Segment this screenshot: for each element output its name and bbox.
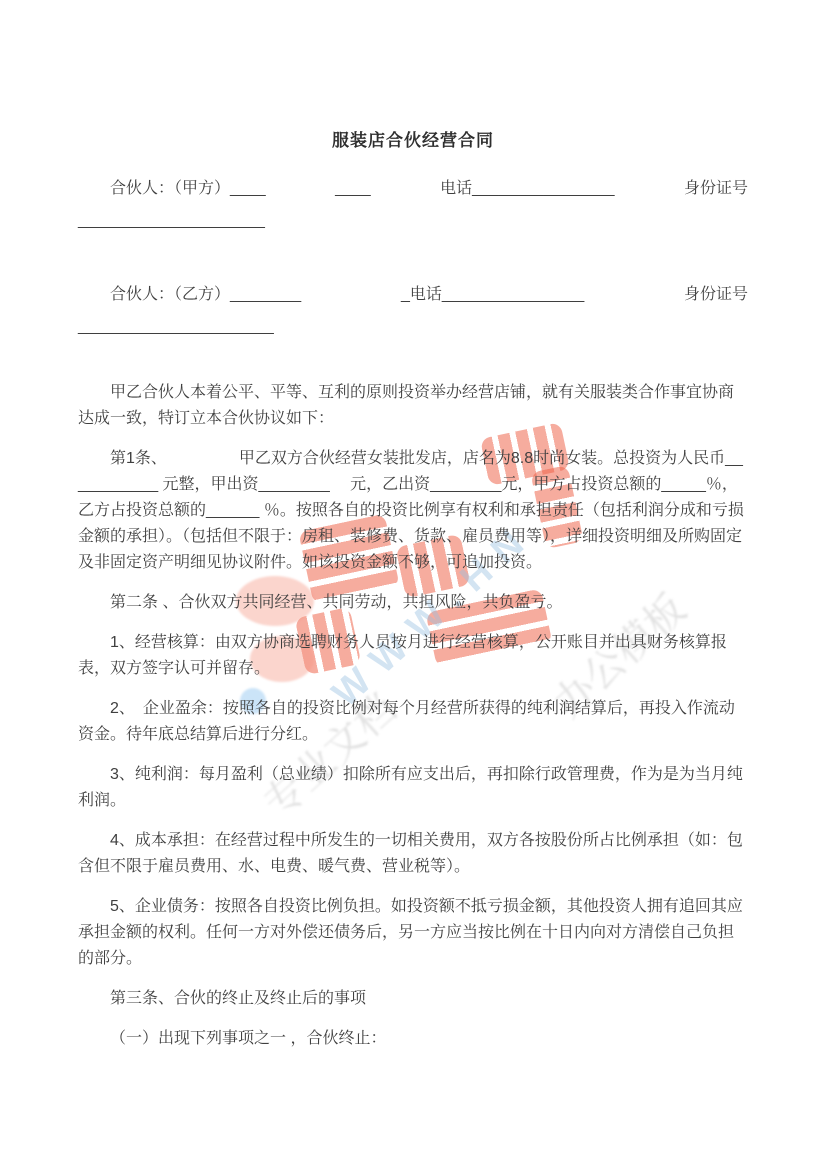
paragraph: 第二条 、合伙双方共同经营、共同劳动，共担风险，共负盈亏。 (78, 590, 748, 616)
paragraph: 4、成本承担：在经营过程中所发生的一切相关费用，双方各按股份所占比例承担（如：包… (78, 828, 748, 880)
paragraph: （一）出现下列事项之一 ，合伙终止： (78, 1026, 748, 1052)
fill-in-blank: ________________ (472, 180, 614, 197)
party-a-label: 合伙人：（甲方）____ (110, 176, 266, 202)
paragraph: 5、企业债务：按照各自投资比例负担。如投资额不抵亏损金额，其他投资人拥有追回其应… (78, 894, 748, 972)
document-title: 服装店合伙经营合同 (78, 128, 748, 154)
party-b-id-label: 身份证号 (684, 282, 748, 308)
fill-in-blank: ________________ (442, 286, 584, 303)
fill-in-blank: ____ (230, 180, 266, 197)
paragraph: 1、经营核算：由双方协商选聘财务人员按月进行经营核算，公开账目并出具财务核算报表… (78, 630, 748, 682)
party-a-line: 合伙人：（甲方）____ ____ 电话________________ 身份证… (78, 176, 748, 202)
document-body: 服装店合伙经营合同 合伙人：（甲方）____ ____ 电话__________… (0, 0, 827, 1169)
party-b-phone: _电话________________ (401, 282, 584, 308)
contract-document: WWW.HN 办公模板 专业文档 服装店合伙经营合同 合伙人：（甲方）____ … (0, 0, 827, 1169)
paragraph: 3、纯利润：每月盈利（总业绩）扣除所有应支出后，再扣除行政管理费，作为是为当月纯… (78, 762, 748, 814)
paragraph: 2、 企业盈余：按照各自的投资比例对每个月经营所获得的纯利润结算后，再投入作流动… (78, 696, 748, 748)
party-a-id-blank: _____________________ (78, 208, 748, 234)
fill-in-blank: ________ (230, 286, 301, 303)
party-a-id-label: 身份证号 (684, 176, 748, 202)
party-b-line: 合伙人：（乙方）________ _电话________________ 身份证… (78, 282, 748, 308)
contract-clauses: 甲乙合伙人本着公平、平等、互利的原则投资举办经营店铺，就有关服装类合作事宜协商达… (78, 380, 748, 1052)
paragraph: 第1条、 甲乙双方合伙经营女装批发店，店名为8.8时尚女装。总投资为人民币___… (78, 446, 748, 576)
phone-label: _电话 (401, 286, 442, 303)
party-b-label: 合伙人：（乙方）________ (110, 282, 301, 308)
paragraph: 甲乙合伙人本着公平、平等、互利的原则投资举办经营店铺，就有关服装类合作事宜协商达… (78, 380, 748, 432)
paragraph: 第三条、合伙的终止及终止后的事项 (78, 986, 748, 1012)
party-a-phone: 电话________________ (440, 176, 614, 202)
fill-in-blank: ____ (335, 176, 371, 202)
party-b-id-blank: ______________________ (78, 314, 748, 340)
phone-label: 电话 (440, 180, 472, 197)
